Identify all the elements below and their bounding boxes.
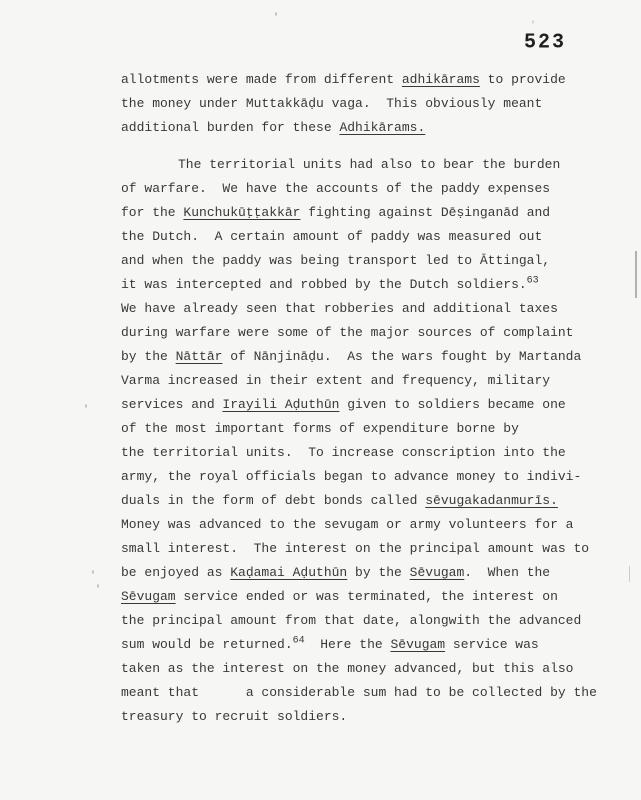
underlined-term: Sēvugam (410, 565, 465, 580)
text-segment: . When the (464, 565, 550, 580)
underlined-term: Sēvugam (390, 637, 445, 652)
text-line: the territorial units. To increase consc… (121, 441, 621, 465)
text-segment: treasury to recruit soldiers. (121, 709, 347, 724)
text-line: it was intercepted and robbed by the Dut… (121, 273, 621, 297)
text-line: the money under Muttakkāḍu vaga. This ob… (121, 92, 621, 116)
text-segment: The territorial units had also to bear t… (178, 157, 560, 172)
underlined-term: sēvugakadanmurīs. (425, 493, 558, 508)
text-segment: by the (347, 565, 409, 580)
text-line: army, the royal officials began to advan… (121, 465, 621, 489)
text-line: during warfare were some of the major so… (121, 321, 621, 345)
text-line: by the Nāttār of Nānjināḍu. As the wars … (121, 345, 621, 369)
page-number: 523 (524, 30, 566, 55)
text-segment: of Nānjināḍu. As the wars fought by Mart… (222, 349, 581, 364)
text-line: and when the paddy was being transport l… (121, 249, 621, 273)
text-segment: for the (121, 205, 183, 220)
text-segment: to provide (480, 72, 566, 87)
text-line: sum would be returned.64 Here the Sēvuga… (121, 633, 621, 657)
text-line: We have already seen that robberies and … (121, 297, 621, 321)
text-segment: during warfare were some of the major so… (121, 325, 573, 340)
text-segment: the principal amount from that date, alo… (121, 613, 581, 628)
underlined-term: Irayili Aḍuthūn (222, 397, 339, 412)
text-segment: army, the royal officials began to advan… (121, 469, 581, 484)
text-segment: Varma increased in their extent and freq… (121, 373, 550, 388)
text-segment: given to soldiers became one (339, 397, 565, 412)
document-body: allotments were made from different adhi… (121, 68, 621, 729)
text-line: small interest. The interest on the prin… (121, 537, 621, 561)
text-segment: and when the paddy was being transport l… (121, 253, 550, 268)
text-segment: sum would be returned. (121, 637, 293, 652)
scan-artifact-speck: ' (95, 586, 101, 596)
text-segment: taken as the interest on the money advan… (121, 661, 573, 676)
text-segment: We have already seen that robberies and … (121, 301, 558, 316)
text-line: for the Kunchukūṭṭakkār fighting against… (121, 201, 621, 225)
underlined-term: Kunchukūṭṭakkār (183, 205, 300, 220)
scan-artifact-speck: ' (530, 22, 536, 32)
text-line: of the most important forms of expenditu… (121, 417, 621, 441)
text-line: treasury to recruit soldiers. (121, 705, 621, 729)
text-segment: of warfare. We have the accounts of the … (121, 181, 550, 196)
text-line: be enjoyed as Kaḍamai Aḍuthūn by the Sēv… (121, 561, 621, 585)
scan-artifact-speck: ' (273, 14, 279, 24)
text-line: the principal amount from that date, alo… (121, 609, 621, 633)
text-segment: service was (445, 637, 539, 652)
footnote-reference: 64 (293, 636, 305, 647)
scan-artifact-line (635, 251, 637, 298)
text-segment: additional burden for these (121, 120, 339, 135)
underlined-term: Adhikārams. (339, 120, 425, 135)
text-line: Money was advanced to the sevugam or arm… (121, 513, 621, 537)
text-segment: meant that a considerable sum had to be … (121, 685, 597, 700)
text-segment: fighting against Dēṣinganād and (300, 205, 550, 220)
text-segment: services and (121, 397, 222, 412)
text-segment: duals in the form of debt bonds called (121, 493, 425, 508)
text-line: allotments were made from different adhi… (121, 68, 621, 92)
text-segment: the territorial units. To increase consc… (121, 445, 566, 460)
text-segment: small interest. The interest on the prin… (121, 541, 589, 556)
text-segment: the money under Muttakkāḍu vaga. This ob… (121, 96, 542, 111)
scan-artifact-speck: ' (90, 572, 96, 582)
text-segment: allotments were made from different (121, 72, 402, 87)
underlined-term: Sēvugam (121, 589, 176, 604)
text-segment: Money was advanced to the sevugam or arm… (121, 517, 573, 532)
text-segment: it was intercepted and robbed by the Dut… (121, 277, 527, 292)
text-segment: the Dutch. A certain amount of paddy was… (121, 229, 542, 244)
text-line: duals in the form of debt bonds called s… (121, 489, 621, 513)
text-line: additional burden for these Adhikārams. (121, 116, 621, 140)
underlined-term: Nāttār (176, 349, 223, 364)
underlined-term: adhikārams (402, 72, 480, 87)
text-line: the Dutch. A certain amount of paddy was… (121, 225, 621, 249)
text-line: meant that a considerable sum had to be … (121, 681, 621, 705)
text-line: The territorial units had also to bear t… (121, 153, 621, 177)
text-segment: service ended or was terminated, the int… (176, 589, 558, 604)
scan-artifact-speck: ' (83, 406, 89, 416)
text-line: Varma increased in their extent and freq… (121, 369, 621, 393)
underlined-term: Kaḍamai Aḍuthūn (230, 565, 347, 580)
footnote-reference: 63 (527, 276, 539, 287)
text-segment: Here the (305, 637, 391, 652)
text-segment: of the most important forms of expenditu… (121, 421, 519, 436)
text-line: of warfare. We have the accounts of the … (121, 177, 621, 201)
scanned-document-page: 523 allotments were made from different … (0, 0, 641, 800)
text-line: Sēvugam service ended or was terminated,… (121, 585, 621, 609)
text-line: taken as the interest on the money advan… (121, 657, 621, 681)
scan-artifact-line (629, 566, 630, 582)
text-segment: by the (121, 349, 176, 364)
text-line: services and Irayili Aḍuthūn given to so… (121, 393, 621, 417)
text-segment: be enjoyed as (121, 565, 230, 580)
